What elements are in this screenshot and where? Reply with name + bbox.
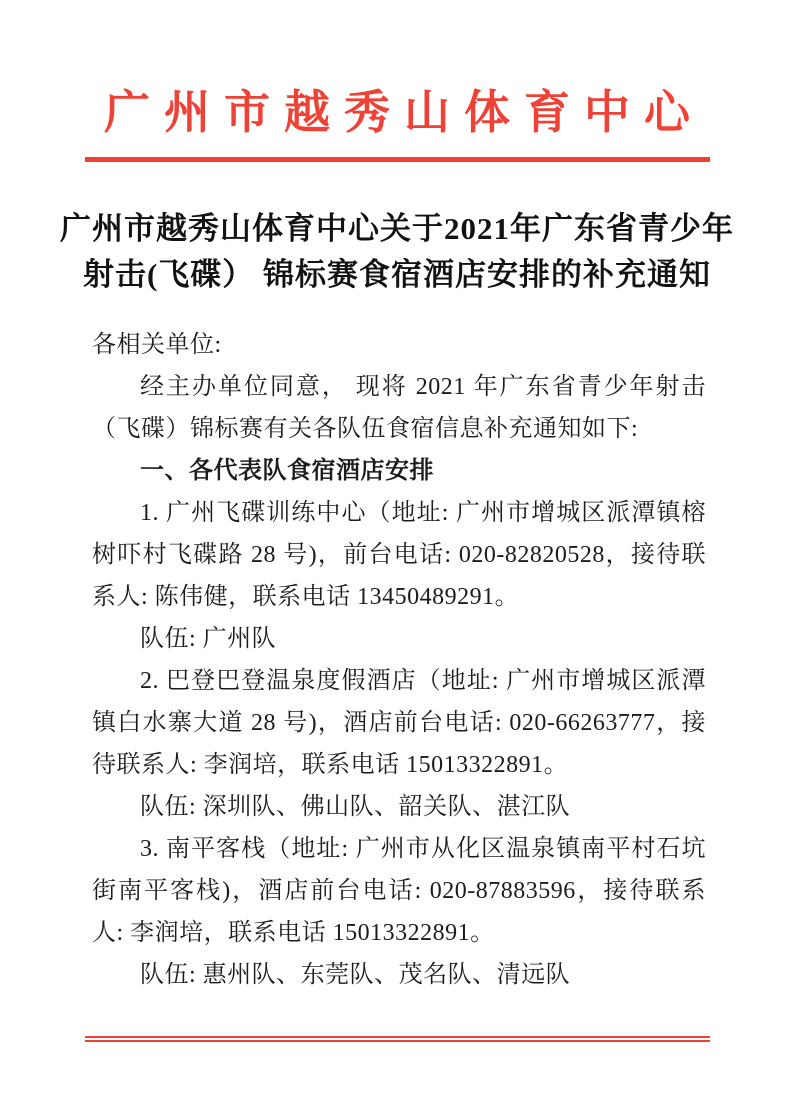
hotel-entry-1-detail: 1. 广州飞碟训练中心（地址: 广州市增城区派潭镇榕树吓村飞碟路 28 号)，前… [92,492,706,618]
salutation: 各相关单位: [92,324,706,366]
letterhead-org-name: 广州市越秀山体育中心 [0,76,794,142]
document-title-line1: 广州市越秀山体育中心关于2021年广东省青少年 [0,206,794,252]
hotel-entry-2-detail: 2. 巴登巴登温泉度假酒店（地址: 广州市增城区派潭镇白水寨大道 28 号)，酒… [92,660,706,786]
intro-paragraph: 经主办单位同意， 现将 2021 年广东省青少年射击（飞碟）锦标赛有关各队伍食宿… [92,366,706,450]
footer-double-line [85,1036,710,1042]
document-title-line2: 射击(飞碟） 锦标赛食宿酒店安排的补充通知 [0,252,794,298]
document-title: 广州市越秀山体育中心关于2021年广东省青少年 射击(飞碟） 锦标赛食宿酒店安排… [0,206,794,298]
hotel-entry-2-teams: 队伍: 深圳队、佛山队、韶关队、湛江队 [92,786,706,828]
hotel-entry-3-teams: 队伍: 惠州队、东莞队、茂名队、清远队 [92,954,706,996]
hotel-entry-1-teams: 队伍: 广州队 [92,618,706,660]
document-page: 广州市越秀山体育中心 广州市越秀山体育中心关于2021年广东省青少年 射击(飞碟… [0,0,794,1107]
letterhead-separator-line [85,157,710,162]
hotel-entry-3-detail: 3. 南平客栈（地址: 广州市从化区温泉镇南平村石坑街南平客栈)，酒店前台电话:… [92,828,706,954]
document-body: 各相关单位: 经主办单位同意， 现将 2021 年广东省青少年射击（飞碟）锦标赛… [92,324,706,996]
section-heading: 一、各代表队食宿酒店安排 [92,450,706,492]
